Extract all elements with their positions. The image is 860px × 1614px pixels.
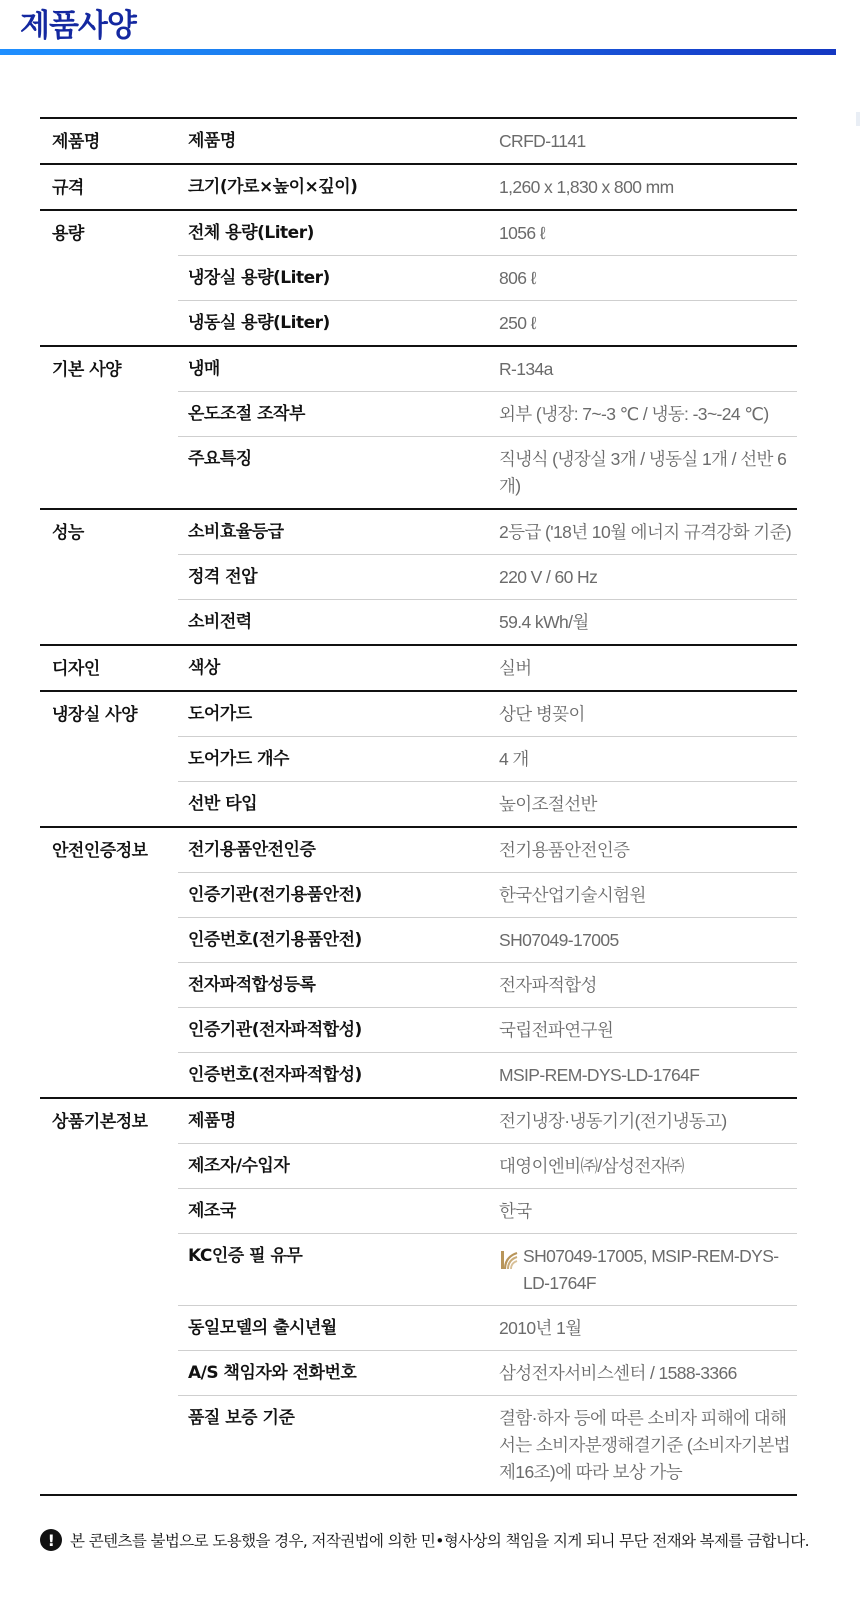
row-label: 온도조절 조작부 [178, 392, 499, 436]
row-label: 품질 보증 기준 [178, 1396, 499, 1494]
page-title: 제품사양 [20, 6, 136, 46]
row-value: MSIP-REM-DYS-LD-1764F [499, 1053, 797, 1097]
spec-row: KC인증 필 유무 SH07049-17005, MSIP-REM-DYS-LD… [178, 1233, 797, 1305]
row-value: 2010년 1월 [499, 1306, 797, 1350]
spec-row: 제품명 전기냉장·냉동기기(전기냉동고) [178, 1099, 797, 1143]
spec-group: 냉장실 사양 도어가드 상단 병꽂이 도어가드 개수 4 개 선반 타입 높이조… [40, 690, 797, 826]
row-label: 인증기관(전자파적합성) [178, 1008, 499, 1052]
row-label: 인증기관(전기용품안전) [178, 873, 499, 917]
row-value: 삼성전자서비스센터 / 1588-3366 [499, 1351, 797, 1395]
row-value: SH07049-17005 [499, 918, 797, 962]
group-label: 상품기본정보 [40, 1099, 178, 1494]
row-label: 소비전력 [178, 600, 499, 644]
row-value: 대영이엔비㈜/삼성전자㈜ [499, 1144, 797, 1188]
row-label: 제품명 [178, 119, 499, 163]
spec-group: 성능 소비효율등급 2등급 ('18년 10월 에너지 규격강화 기준) 정격 … [40, 508, 797, 644]
spec-row: 제조자/수입자 대영이엔비㈜/삼성전자㈜ [178, 1143, 797, 1188]
row-label: 도어가드 개수 [178, 737, 499, 781]
row-value: 상단 병꽂이 [499, 692, 797, 736]
spec-row: 인증번호(전자파적합성) MSIP-REM-DYS-LD-1764F [178, 1052, 797, 1097]
row-label: 전자파적합성등록 [178, 963, 499, 1007]
row-value: 220 V / 60 Hz [499, 555, 797, 599]
spec-row: 선반 타입 높이조절선반 [178, 781, 797, 826]
row-value: 전기냉장·냉동기기(전기냉동고) [499, 1099, 797, 1143]
row-label: 제조국 [178, 1189, 499, 1233]
spec-row: 색상 실버 [178, 646, 797, 690]
row-value: 2등급 ('18년 10월 에너지 규격강화 기준) [499, 510, 797, 554]
spec-row: 동일모델의 출시년월 2010년 1월 [178, 1305, 797, 1350]
copyright-notice: ! 본 콘텐츠를 불법으로 도용했을 경우, 저작권법에 의한 민•형사상의 책… [40, 1529, 809, 1551]
group-label: 안전인증정보 [40, 828, 178, 1097]
row-value: 4 개 [499, 737, 797, 781]
spec-row: 전체 용량(Liter) 1056 ℓ [178, 211, 797, 255]
group-label: 기본 사양 [40, 347, 178, 508]
row-value: 250 ℓ [499, 301, 797, 345]
row-value: CRFD-1141 [499, 119, 797, 163]
row-value: 외부 (냉장: 7~-3 ℃ / 냉동: -3~-24 ℃) [499, 392, 797, 436]
spec-row: 제품명 CRFD-1141 [178, 119, 797, 163]
spec-row: 냉동실 용량(Liter) 250 ℓ [178, 300, 797, 345]
spec-row: 인증번호(전기용품안전) SH07049-17005 [178, 917, 797, 962]
spec-row: 소비전력 59.4 kWh/월 [178, 599, 797, 644]
row-label: 냉장실 용량(Liter) [178, 256, 499, 300]
row-label: 냉매 [178, 347, 499, 391]
spec-group: 디자인 색상 실버 [40, 644, 797, 690]
spec-row: 정격 전압 220 V / 60 Hz [178, 554, 797, 599]
row-label: 크기(가로×높이×깊이) [178, 165, 499, 209]
spec-group: 용량 전체 용량(Liter) 1056 ℓ 냉장실 용량(Liter) 806… [40, 209, 797, 345]
spec-group: 제품명 제품명 CRFD-1141 [40, 119, 797, 163]
row-value: SH07049-17005, MSIP-REM-DYS-LD-1764F [499, 1234, 797, 1305]
spec-row: 냉장실 용량(Liter) 806 ℓ [178, 255, 797, 300]
spec-row: 냉매 R-134a [178, 347, 797, 391]
row-value: 1,260 x 1,830 x 800 mm [499, 165, 797, 209]
row-label: 인증번호(전자파적합성) [178, 1053, 499, 1097]
row-value: 59.4 kWh/월 [499, 600, 797, 644]
row-label: 주요특징 [178, 437, 499, 508]
row-value: 실버 [499, 646, 797, 690]
spec-row: 인증기관(전자파적합성) 국립전파연구원 [178, 1007, 797, 1052]
row-value: 1056 ℓ [499, 211, 797, 255]
edge-divider [856, 112, 860, 126]
row-label: 정격 전압 [178, 555, 499, 599]
row-label: 전체 용량(Liter) [178, 211, 499, 255]
spec-table: 제품명 제품명 CRFD-1141 규격 크기(가로×높이×깊이) 1,260 … [40, 117, 797, 1496]
row-label: A/S 책임자와 전화번호 [178, 1351, 499, 1395]
spec-row: 주요특징 직냉식 (냉장실 3개 / 냉동실 1개 / 선반 6개) [178, 436, 797, 508]
row-label: 도어가드 [178, 692, 499, 736]
row-value: 높이조절선반 [499, 782, 797, 826]
row-label: 소비효율등급 [178, 510, 499, 554]
row-value: 전자파적합성 [499, 963, 797, 1007]
spec-group: 규격 크기(가로×높이×깊이) 1,260 x 1,830 x 800 mm [40, 163, 797, 209]
row-label: 제품명 [178, 1099, 499, 1143]
spec-row: 제조국 한국 [178, 1188, 797, 1233]
spec-group: 안전인증정보 전기용품안전인증 전기용품안전인증 인증기관(전기용품안전) 한국… [40, 826, 797, 1097]
row-value: 결함·하자 등에 따른 소비자 피해에 대해서는 소비자분쟁해결기준 (소비자기… [499, 1396, 797, 1494]
row-value: R-134a [499, 347, 797, 391]
row-value: 국립전파연구원 [499, 1008, 797, 1052]
row-label: KC인증 필 유무 [178, 1234, 499, 1305]
row-value: 직냉식 (냉장실 3개 / 냉동실 1개 / 선반 6개) [499, 437, 797, 508]
exclamation-icon: ! [40, 1529, 62, 1551]
row-value: 한국 [499, 1189, 797, 1233]
spec-row: 온도조절 조작부 외부 (냉장: 7~-3 ℃ / 냉동: -3~-24 ℃) [178, 391, 797, 436]
row-value: 한국산업기술시험원 [499, 873, 797, 917]
group-label: 냉장실 사양 [40, 692, 178, 826]
notice-text: 본 콘텐츠를 불법으로 도용했을 경우, 저작권법에 의한 민•형사상의 책임을… [70, 1529, 809, 1551]
spec-row: 도어가드 개수 4 개 [178, 736, 797, 781]
row-label: 냉동실 용량(Liter) [178, 301, 499, 345]
spec-row: 전기용품안전인증 전기용품안전인증 [178, 828, 797, 872]
spec-row: 소비효율등급 2등급 ('18년 10월 에너지 규격강화 기준) [178, 510, 797, 554]
group-label: 디자인 [40, 646, 178, 690]
row-label: 인증번호(전기용품안전) [178, 918, 499, 962]
row-value: 전기용품안전인증 [499, 828, 797, 872]
group-label: 용량 [40, 211, 178, 345]
row-label: 동일모델의 출시년월 [178, 1306, 499, 1350]
group-label: 제품명 [40, 119, 178, 163]
group-label: 성능 [40, 510, 178, 644]
spec-row: 도어가드 상단 병꽂이 [178, 692, 797, 736]
kc-mark-icon [499, 1249, 519, 1271]
spec-row: 인증기관(전기용품안전) 한국산업기술시험원 [178, 872, 797, 917]
kc-cert-numbers: SH07049-17005, MSIP-REM-DYS-LD-1764F [523, 1243, 793, 1297]
row-label: 색상 [178, 646, 499, 690]
spec-row: 품질 보증 기준 결함·하자 등에 따른 소비자 피해에 대해서는 소비자분쟁해… [178, 1395, 797, 1494]
group-label: 규격 [40, 165, 178, 209]
spec-row: 전자파적합성등록 전자파적합성 [178, 962, 797, 1007]
spec-group: 기본 사양 냉매 R-134a 온도조절 조작부 외부 (냉장: 7~-3 ℃ … [40, 345, 797, 508]
spec-row: 크기(가로×높이×깊이) 1,260 x 1,830 x 800 mm [178, 165, 797, 209]
spec-group: 상품기본정보 제품명 전기냉장·냉동기기(전기냉동고) 제조자/수입자 대영이엔… [40, 1097, 797, 1494]
row-label: 전기용품안전인증 [178, 828, 499, 872]
row-label: 선반 타입 [178, 782, 499, 826]
title-underline-bar [0, 49, 836, 55]
spec-row: A/S 책임자와 전화번호 삼성전자서비스센터 / 1588-3366 [178, 1350, 797, 1395]
row-value: 806 ℓ [499, 256, 797, 300]
row-label: 제조자/수입자 [178, 1144, 499, 1188]
